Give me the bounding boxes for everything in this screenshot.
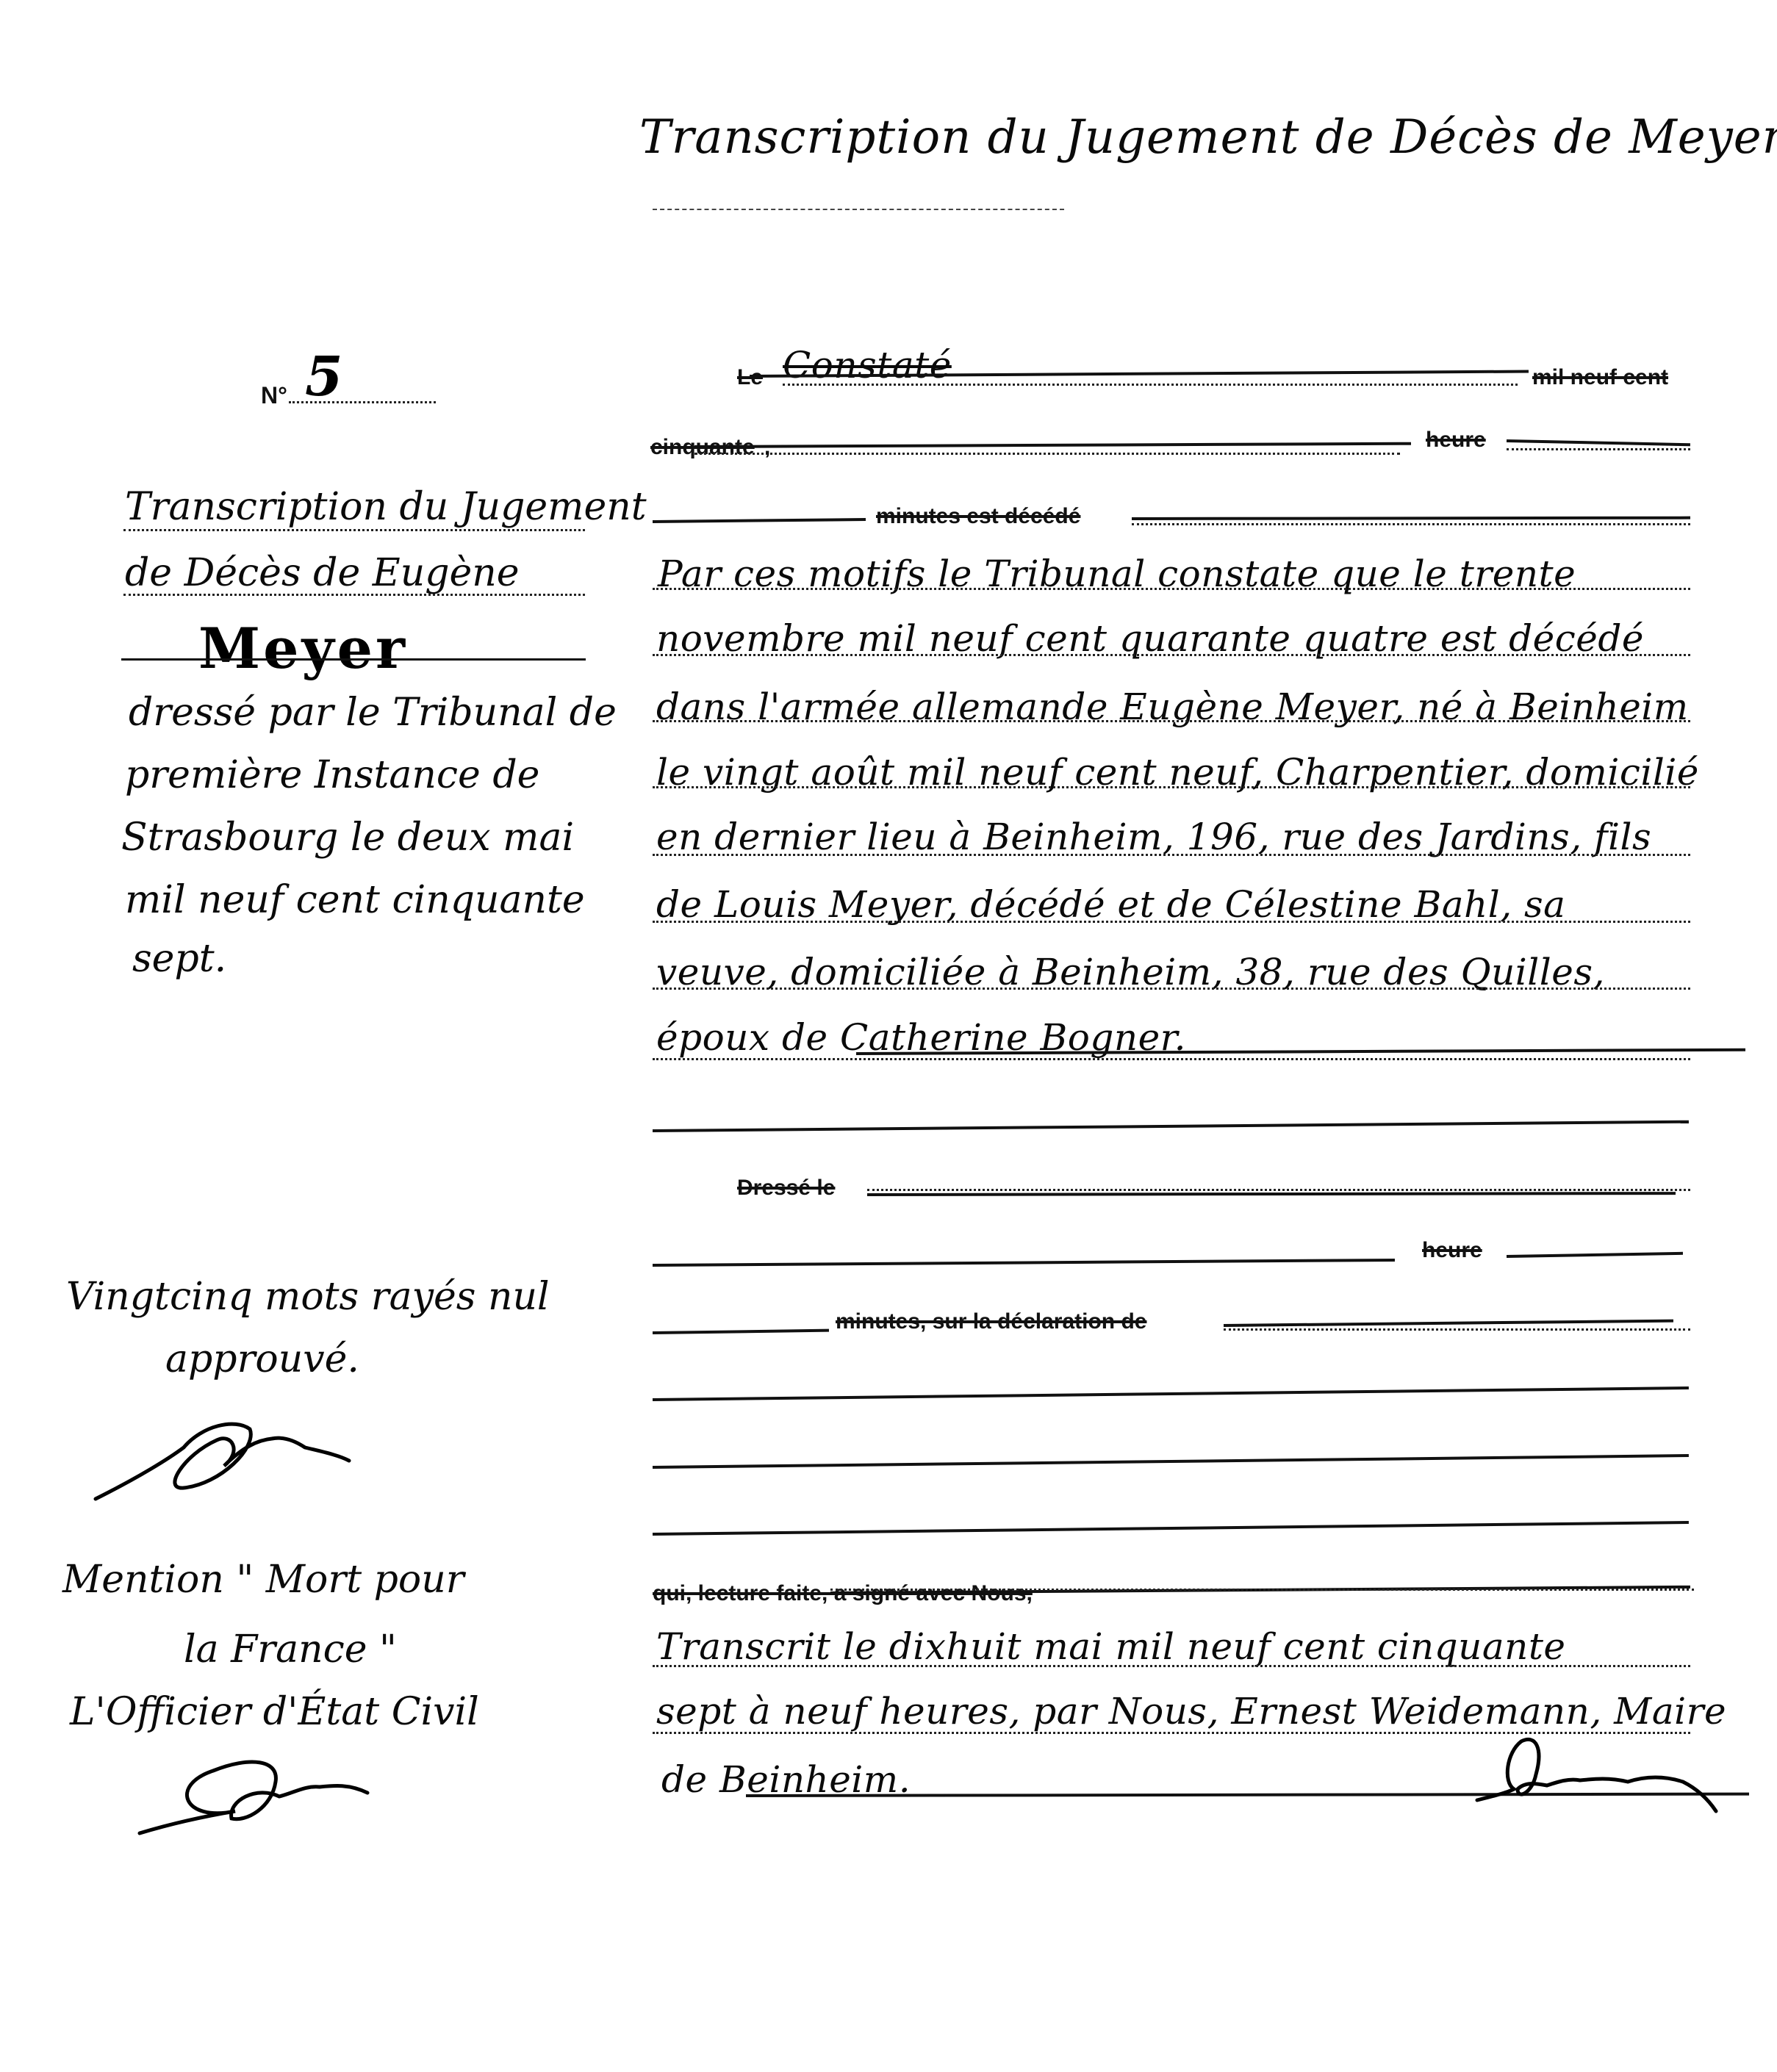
blank-rule-4 [653,1521,1689,1536]
form-line3-strike-right [1132,517,1690,520]
form-line2-suffix: heure [1426,428,1486,453]
body-rule-3 [653,720,1690,722]
margin-detail-line-3: Strasbourg le deux mai [121,816,574,860]
body-line-6: de Louis Meyer, décédé et de Célestine B… [656,883,1565,926]
transcription-line-2: sept à neuf heures, par Nous, Ernest Wei… [656,1690,1726,1733]
blank-rule-strike [653,1120,1689,1132]
mention-line-1: Mention " Mort pour [62,1558,464,1602]
margin-heading-line-1: Transcription du Jugement [125,485,647,529]
margin-rule-3 [121,658,586,661]
form-line3-text: minutes est décédé [876,504,1080,529]
signature-icon [110,1741,375,1852]
body-rule-1 [653,588,1690,590]
drawn-up-hour-strike-left [653,1259,1395,1267]
signature-icon [73,1396,353,1514]
drawn-up-hour-label: heure [1422,1238,1482,1263]
margin-annotation-line-2: approuvé. [165,1337,359,1381]
body-rule-5 [653,854,1690,856]
form-line2-dots-right [1507,448,1690,450]
transcription-line-1: Transcrit le dixhuit mai mil neuf cent c… [656,1625,1566,1668]
drawn-up-hour-strike-right [1507,1252,1683,1258]
body-rule-6 [653,921,1690,923]
body-rule-7 [653,988,1690,990]
document-title: Transcription du Jugement de Décès de Me… [639,110,1777,165]
margin-detail-line-2: première Instance de [125,753,539,797]
body-rule-2 [653,654,1690,656]
declaration-label: minutes, sur la déclaration de [836,1309,1146,1334]
margin-rule-2 [123,594,585,596]
form-line2-strike-left [694,442,1411,448]
blank-rule-3 [653,1454,1689,1469]
form-line2-dots-left [694,453,1400,455]
form-line1-suffix: mil neuf cent [1532,365,1668,390]
margin-annotation-line-1: Vingtcinq mots rayés nul [66,1275,550,1319]
reading-clause-dots [830,1589,1694,1591]
form-line1-dots [783,384,1518,386]
margin-surname: Meyer [198,616,408,681]
form-line1-handwritten: Constaté [783,344,952,386]
drawn-up-dots [867,1189,1690,1191]
mention-line-2: la France " [184,1627,397,1672]
record-number-line [289,401,436,403]
transcription-rule-1 [653,1665,1690,1667]
blank-rule-2 [653,1386,1689,1401]
record-number-label: N° [261,382,287,409]
body-line-5: en dernier lieu à Beinheim, 196, rue des… [656,816,1651,858]
record-number-value: 5 [305,345,343,409]
margin-rule-1 [123,529,585,531]
declaration-strike-left [653,1329,829,1334]
signature-icon [1462,1730,1727,1826]
declaration-strike-right [1224,1320,1673,1327]
drawn-up-label: Dressé le [737,1176,835,1201]
mayor-signature [1462,1730,1727,1826]
form-line2-separator: , [764,435,770,460]
form-line3-strike-left [653,518,866,523]
form-line2-strike-right [1507,439,1690,446]
title-underline [653,209,1064,210]
margin-detail-line-1: dressé par le Tribunal de [129,691,617,735]
margin-detail-line-5: sept. [132,937,226,981]
approval-signature [73,1396,353,1514]
form-line1-prefix: Le [737,365,763,390]
margin-heading-line-2: de Décès de Eugène [125,551,520,595]
declaration-dots [1224,1328,1690,1331]
form-line3-dots [1132,523,1690,525]
officer-signature [110,1741,375,1852]
officer-label: L'Officier d'État Civil [70,1690,479,1734]
body-rule-4 [653,786,1690,788]
drawn-up-strike [867,1192,1676,1196]
margin-detail-line-4: mil neuf cent cinquante [125,878,585,922]
body-rule-8 [653,1058,1690,1060]
